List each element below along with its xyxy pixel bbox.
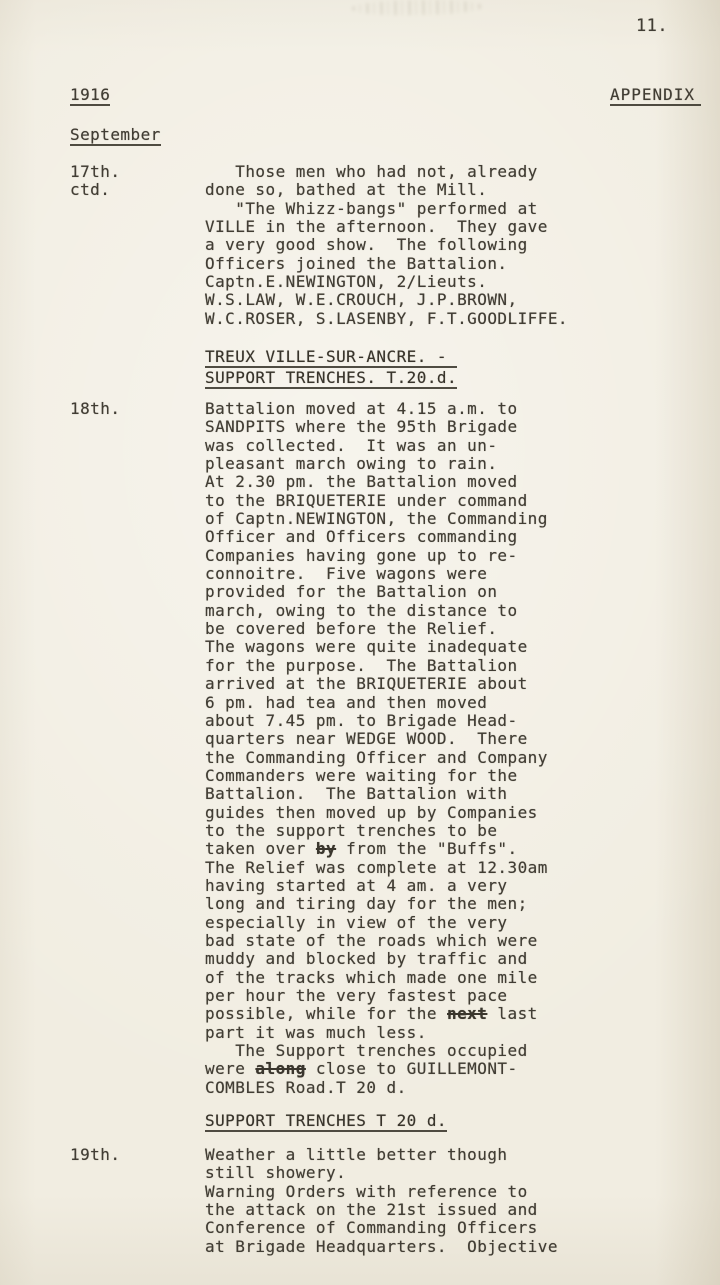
struck-out-word: by bbox=[316, 839, 336, 858]
text-line: for the purpose. The Battalion bbox=[205, 657, 645, 675]
text-line: part it was much less. bbox=[205, 1024, 645, 1042]
text-line: taken over by from the "Buffs". bbox=[205, 840, 645, 858]
year-label: 1916 bbox=[70, 86, 110, 106]
text-line: W.C.ROSER, S.LASENBY, F.T.GOODLIFFE. bbox=[205, 310, 625, 328]
text-line: Battalion. The Battalion with bbox=[205, 785, 645, 803]
text-line: SUPPORT TRENCHES T 20 d. bbox=[205, 1112, 447, 1132]
text-line: quarters near WEDGE WOOD. There bbox=[205, 730, 645, 748]
text-line: pleasant march owing to rain. bbox=[205, 455, 645, 473]
text-line: 18th. bbox=[70, 400, 120, 418]
text-line: to the BRIQUETERIE under command bbox=[205, 492, 645, 510]
text-line: at Brigade Headquarters. Objective bbox=[205, 1238, 645, 1256]
text-line: Warning Orders with reference to bbox=[205, 1183, 645, 1201]
text-line: done so, bathed at the Mill. bbox=[205, 181, 625, 199]
entry-date-18th: 18th. bbox=[70, 400, 120, 418]
text-line: Conference of Commanding Officers bbox=[205, 1219, 645, 1237]
text-line: Officer and Officers commanding bbox=[205, 528, 645, 546]
text-line: SUPPORT TRENCHES. T.20.d. bbox=[205, 369, 457, 389]
text-line: Captn.E.NEWINGTON, 2/Lieuts. bbox=[205, 273, 625, 291]
entry-date-17th: 17th.ctd. bbox=[70, 163, 120, 200]
text-line: TREUX VILLE-SUR-ANCRE. - bbox=[205, 348, 457, 368]
struck-out-word: next bbox=[447, 1004, 487, 1023]
text-line: Those men who had not, already bbox=[205, 163, 625, 181]
entry-date-19th: 19th. bbox=[70, 1146, 120, 1164]
struck-out-word: along bbox=[255, 1059, 305, 1078]
text-line: be covered before the Relief. bbox=[205, 620, 645, 638]
month-text: September bbox=[70, 126, 161, 146]
text-line: 17th. bbox=[70, 163, 120, 181]
year-text: 1916 bbox=[70, 86, 110, 106]
text-line: to the support trenches to be bbox=[205, 822, 645, 840]
appendix-label: APPENDIX bbox=[610, 86, 701, 106]
text-line: "The Whizz-bangs" performed at bbox=[205, 200, 625, 218]
text-line: about 7.45 pm. to Brigade Head- bbox=[205, 712, 645, 730]
text-line: especially in view of the very bbox=[205, 914, 645, 932]
text-line: of Captn.NEWINGTON, the Commanding bbox=[205, 510, 645, 528]
text-line: COMBLES Road.T 20 d. bbox=[205, 1079, 645, 1097]
text-line: still showery. bbox=[205, 1164, 645, 1182]
text-line: of the tracks which made one mile bbox=[205, 969, 645, 987]
text-line: a very good show. The following bbox=[205, 236, 625, 254]
entry-body-17th: Those men who had not, alreadydone so, b… bbox=[205, 163, 625, 328]
text-line: bad state of the roads which were bbox=[205, 932, 645, 950]
text-line: guides then moved up by Companies bbox=[205, 804, 645, 822]
text-line: connoitre. Five wagons were bbox=[205, 565, 645, 583]
text-line: per hour the very fastest pace bbox=[205, 987, 645, 1005]
text-line: possible, while for the next last bbox=[205, 1005, 645, 1023]
text-line: were along close to GUILLEMONT- bbox=[205, 1060, 645, 1078]
text-line: Commanders were waiting for the bbox=[205, 767, 645, 785]
entry-body-19th: Weather a little better thoughstill show… bbox=[205, 1146, 645, 1256]
text-line: Companies having gone up to re- bbox=[205, 547, 645, 565]
text-line: The wagons were quite inadequate bbox=[205, 638, 645, 656]
text-line: Battalion moved at 4.15 a.m. to bbox=[205, 400, 645, 418]
scanned-war-diary-page: { "document": { "page_number": "11.", "y… bbox=[0, 0, 720, 1285]
text-line: At 2.30 pm. the Battalion moved bbox=[205, 473, 645, 491]
page-number: 11. bbox=[636, 17, 668, 35]
text-line: The Relief was complete at 12.30am bbox=[205, 859, 645, 877]
text-line: having started at 4 am. a very bbox=[205, 877, 645, 895]
text-line: march, owing to the distance to bbox=[205, 602, 645, 620]
text-line: The Support trenches occupied bbox=[205, 1042, 645, 1060]
text-line: the attack on the 21st issued and bbox=[205, 1201, 645, 1219]
appendix-text: APPENDIX bbox=[610, 86, 701, 106]
text-line: Officers joined the Battalion. bbox=[205, 255, 625, 273]
scan-ink-speck bbox=[519, 1247, 522, 1250]
text-line: provided for the Battalion on bbox=[205, 583, 645, 601]
section-heading-support-trenches: SUPPORT TRENCHES T 20 d. bbox=[205, 1112, 447, 1132]
text-line: muddy and blocked by traffic and bbox=[205, 950, 645, 968]
text-line: was collected. It was an un- bbox=[205, 437, 645, 455]
text-line: SANDPITS where the 95th Brigade bbox=[205, 418, 645, 436]
section-heading-treux-ville: TREUX VILLE-SUR-ANCRE. - SUPPORT TRENCHE… bbox=[205, 348, 457, 389]
text-line: VILLE in the afternoon. They gave bbox=[205, 218, 625, 236]
text-line: ctd. bbox=[70, 181, 120, 199]
month-label: September bbox=[70, 126, 161, 146]
scan-ghost-smudge bbox=[352, 0, 482, 16]
text-line: long and tiring day for the men; bbox=[205, 895, 645, 913]
text-line: W.S.LAW, W.E.CROUCH, J.P.BROWN, bbox=[205, 291, 625, 309]
text-line: arrived at the BRIQUETERIE about bbox=[205, 675, 645, 693]
text-line: 19th. bbox=[70, 1146, 120, 1164]
entry-body-18th: Battalion moved at 4.15 a.m. toSANDPITS … bbox=[205, 400, 645, 1097]
text-line: the Commanding Officer and Company bbox=[205, 749, 645, 767]
text-line: Weather a little better though bbox=[205, 1146, 645, 1164]
text-line: 6 pm. had tea and then moved bbox=[205, 694, 645, 712]
